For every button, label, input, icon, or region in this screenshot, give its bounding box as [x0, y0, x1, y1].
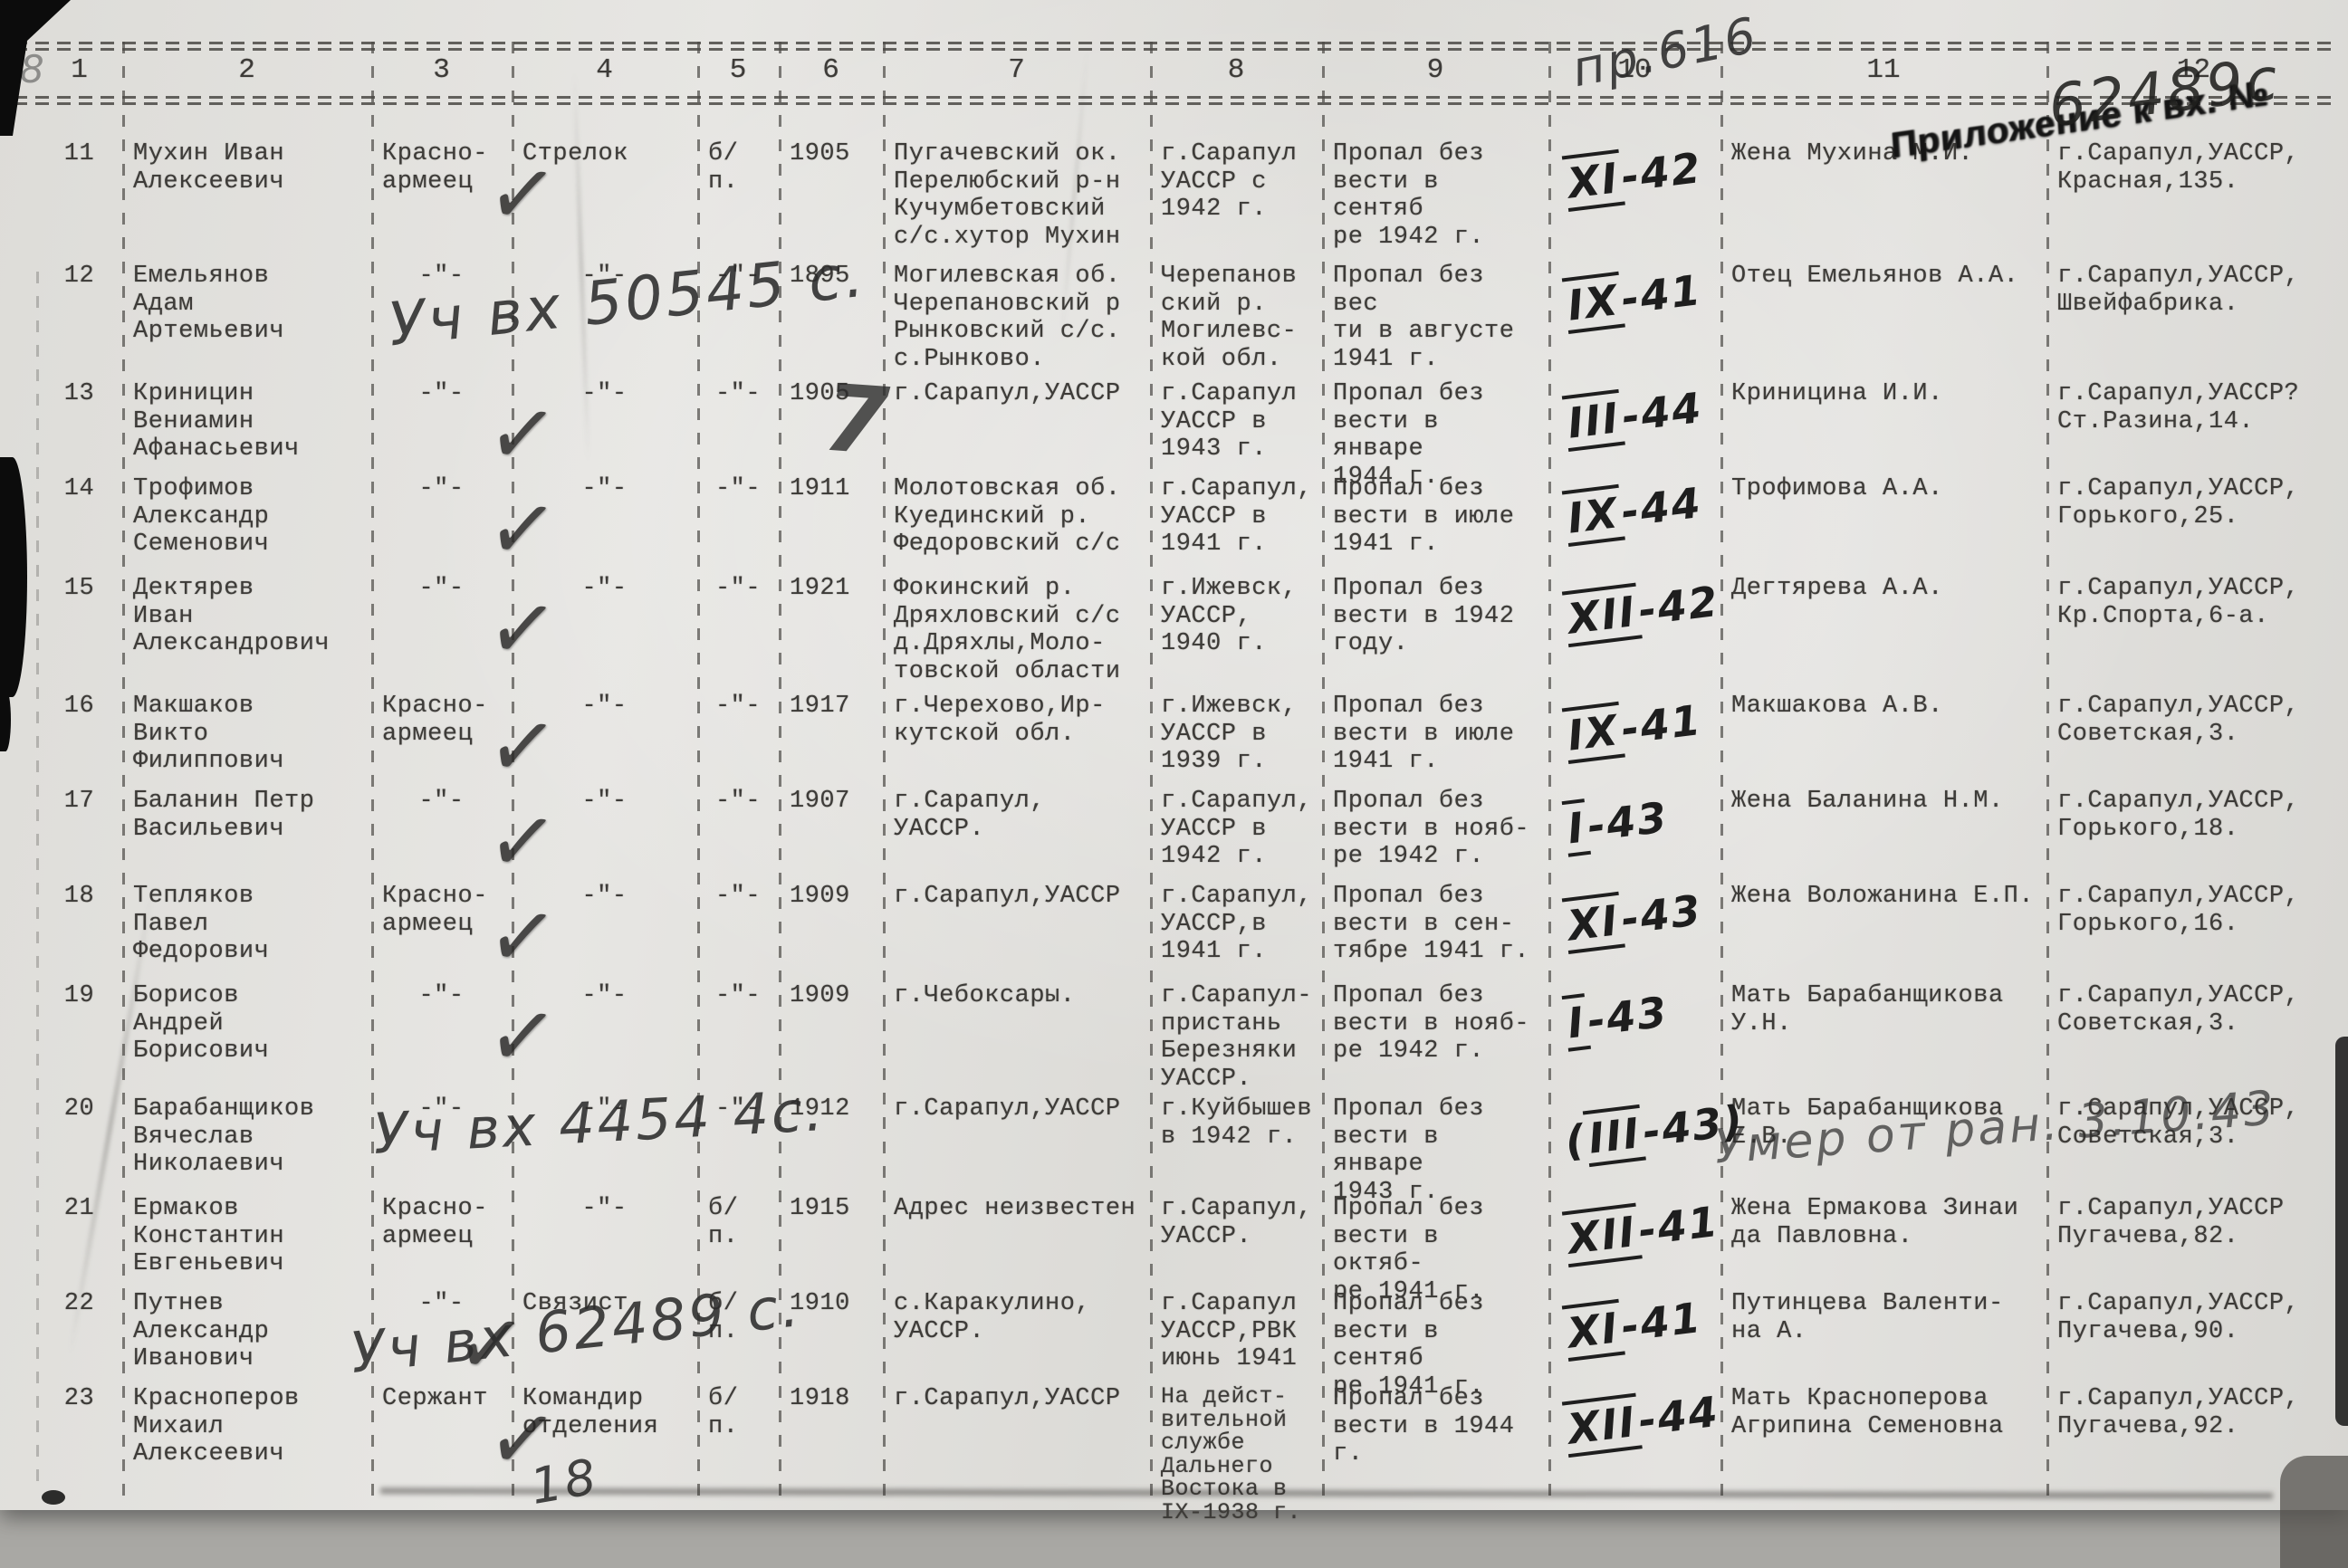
column-header: 2: [122, 54, 371, 86]
cell-no: 19: [47, 982, 111, 1010]
cell-birthplace: г.Сарапул,УАССР: [894, 1095, 1139, 1123]
table-column-rule: [1150, 42, 1153, 1496]
cell-address: г.Сарапул,УАССР, Пугачева,90.: [2057, 1290, 2330, 1345]
handwritten-digit: 7: [820, 365, 895, 477]
cell-born: 1910: [790, 1290, 872, 1318]
scan-artifact: [0, 688, 11, 751]
cell-birthplace: Молотовская об. Куединский р. Федоровски…: [894, 475, 1139, 559]
table-column-rule: [1720, 42, 1723, 1496]
cell-drafted: г.Ижевск, УАССР, 1940 г.: [1161, 575, 1311, 658]
handwritten-note: Уч вх 4454 4с.: [371, 1077, 827, 1167]
cell-name: Путнев Александр Иванович: [133, 1290, 360, 1373]
table-column-rule: [36, 272, 39, 1494]
cell-birthplace: с.Каракулино, УАССР.: [894, 1290, 1139, 1345]
cell-drafted: г.Сарапул, УАССР,в 1941 г.: [1161, 883, 1311, 966]
cell-no: 14: [47, 475, 111, 503]
date-mark: XI-42: [1562, 143, 1704, 208]
cell-name: Трофимов Александр Семенович: [133, 475, 360, 559]
cell-party: -"-: [708, 380, 768, 408]
cell-party: -"-: [708, 883, 768, 911]
cell-name: Барабанщиков Вячеслав Николаевич: [133, 1095, 360, 1179]
column-header: 7: [883, 54, 1150, 86]
table-header-rule-bottom: [14, 96, 2334, 106]
column-header: 4: [512, 54, 697, 86]
cell-no: 18: [47, 883, 111, 911]
cell-drafted: г.Сарапул УАССР с 1942 г.: [1161, 140, 1311, 224]
scanned-document: 123456789101112 11Мухин Иван АлексеевичК…: [0, 0, 2348, 1568]
cell-rank: -"-: [382, 982, 501, 1010]
table-column-rule: [2046, 42, 2049, 1496]
cell-relative: Трофимова А.А.: [1731, 475, 2036, 503]
cell-drafted: г.Сарапул УАССР,РВК июнь 1941: [1161, 1290, 1311, 1373]
cell-name: Борисов Андрей Борисович: [133, 982, 360, 1066]
cell-address: г.Сарапул,УАССР, Швейфабрика.: [2057, 263, 2330, 318]
date-mark: III-44: [1562, 383, 1705, 448]
cell-relative: Криницина И.И.: [1731, 380, 2036, 408]
cell-rank: Красно- армеец: [382, 140, 501, 196]
cell-fate: Пропал без вести в январе 1943 г.: [1333, 1095, 1538, 1206]
date-mark: XII-44: [1562, 1387, 1721, 1454]
cell-address: г.Сарапул,УАССР, Горького,16.: [2057, 883, 2330, 938]
cell-birthplace: г.Сарапул,УАССР: [894, 883, 1139, 911]
roman-month: IX: [1562, 702, 1625, 764]
cell-address: г.Сарапул,УАССР Пугачева,82.: [2057, 1195, 2330, 1250]
roman-month: XI: [1562, 149, 1625, 212]
cell-no: 13: [47, 380, 111, 408]
cell-name: Емельянов Адам Артемьевич: [133, 263, 360, 346]
cell-no: 17: [47, 788, 111, 816]
handwritten-digit: 18: [526, 1448, 603, 1515]
cell-fate: Пропал без вести в сен- тябре 1941 г.: [1333, 883, 1538, 966]
cell-fate: Пропал без вести в июле 1941 г.: [1333, 475, 1538, 559]
cell-birthplace: Могилевская об. Черепановский р Рынковск…: [894, 263, 1139, 373]
table-column-rule: [371, 42, 374, 1496]
cell-relative: Отец Емельянов А.А.: [1731, 263, 2036, 291]
cell-party: -"-: [708, 788, 768, 816]
cell-relative: Мать Красноперова Агрипина Семеновна: [1731, 1385, 2036, 1440]
roman-month: III: [1583, 1104, 1646, 1167]
cell-address: г.Сарапул,УАССР, Кр.Спорта,6-а.: [2057, 575, 2330, 630]
roman-month: XII: [1562, 1203, 1643, 1267]
cell-address: г.Сарапул,УАССР, Советская,3.: [2057, 982, 2330, 1037]
date-mark: IX-41: [1562, 695, 1704, 760]
cell-relative: Жена Баланина Н.М.: [1731, 788, 2036, 816]
table-header-rule-top: [14, 42, 2334, 52]
cell-rank: Красно- армеец: [382, 883, 501, 938]
cell-born: 1907: [790, 788, 872, 816]
cell-born: 1917: [790, 693, 872, 721]
cell-birthplace: Фокинский р. Дряхловский с/с д.Дряхлы,Мо…: [894, 575, 1139, 685]
roman-month: III: [1562, 389, 1625, 452]
cell-fate: Пропал без вести в нояб- ре 1942 г.: [1333, 982, 1538, 1066]
roman-month: I: [1562, 993, 1591, 1052]
scan-artifact: [42, 1490, 65, 1505]
cell-rank: Сержант: [382, 1385, 501, 1413]
date-mark: XI-41: [1562, 1293, 1704, 1358]
cell-born: 1909: [790, 883, 872, 911]
cell-drafted: г.Ижевск, УАССР в 1939 г.: [1161, 693, 1311, 776]
date-mark: XII-41: [1562, 1197, 1721, 1264]
cell-born: 1909: [790, 982, 872, 1010]
cell-relative: Жена Ермакова Зинаи да Павловна.: [1731, 1195, 2036, 1250]
cell-fate: Пропал без вести в сентяб ре 1942 г.: [1333, 140, 1538, 251]
cell-address: г.Сарапул,УАССР, Горького,25.: [2057, 475, 2330, 531]
cell-no: 11: [47, 140, 111, 168]
column-header: 9: [1322, 54, 1548, 86]
cell-party: -"-: [708, 475, 768, 503]
cell-name: Красноперов Михаил Алексеевич: [133, 1385, 360, 1468]
cell-fate: Пропал без вести в июле 1941 г.: [1333, 693, 1538, 776]
column-header: 6: [779, 54, 883, 86]
paper-fold-shadow: [380, 1487, 2273, 1498]
cell-drafted: г.Сарапул- пристань Березняки УАССР.: [1161, 982, 1311, 1093]
cell-drafted: На дейст- вительной службе Дальнего Вост…: [1161, 1385, 1311, 1524]
table-column-rule: [122, 42, 125, 1496]
column-header: 11: [1720, 54, 2046, 86]
column-header: 1: [36, 54, 122, 86]
cell-drafted: г.Сарапул УАССР в 1943 г.: [1161, 380, 1311, 464]
cell-name: Криницин Вениамин Афанасьевич: [133, 380, 360, 464]
cell-relative: Жена Воложанина Е.П.: [1731, 883, 2036, 911]
cell-party: б/п.: [708, 140, 768, 196]
cell-no: 22: [47, 1290, 111, 1318]
cell-name: Ермаков Константин Евгеньевич: [133, 1195, 360, 1278]
cell-drafted: г.Сарапул, УАССР в 1941 г.: [1161, 475, 1311, 559]
date-mark: XI-43: [1562, 885, 1704, 951]
cell-address: г.Сарапул,УАССР, Советская,3.: [2057, 693, 2330, 748]
cell-birthplace: г.Сарапул,УАССР: [894, 380, 1139, 408]
cell-position: -"-: [522, 1195, 686, 1223]
cell-party: б/п.: [708, 1195, 768, 1250]
handwritten-note: Уч вх 50545 с.: [385, 241, 868, 360]
cell-birthplace: Пугачевский ок. Перелюбский р-н Кучумбет…: [894, 140, 1139, 251]
cell-fate: Пропал без вести в сентяб ре 1941 г.: [1333, 1290, 1538, 1401]
cell-rank: -"-: [382, 575, 501, 603]
cell-birthplace: г.Черехово,Ир- кутской обл.: [894, 693, 1139, 748]
cell-relative: Путинцева Валенти- на А.: [1731, 1290, 2036, 1345]
cell-rank: -"-: [382, 475, 501, 503]
cell-drafted: г.Куйбышев в 1942 г.: [1161, 1095, 1311, 1151]
cell-rank: Красно- армеец: [382, 693, 501, 748]
roman-month: XI: [1562, 892, 1625, 954]
table-column-rule: [1322, 42, 1325, 1496]
cell-birthplace: г.Чебоксары.: [894, 982, 1139, 1010]
cell-birthplace: г.Сарапул, УАССР.: [894, 788, 1139, 843]
cell-party: б/п.: [708, 1385, 768, 1440]
cell-no: 21: [47, 1195, 111, 1223]
cell-birthplace: г.Сарапул,УАССР: [894, 1385, 1139, 1413]
column-header: 3: [371, 54, 512, 86]
cell-rank: Красно- армеец: [382, 1195, 501, 1250]
date-mark: IX-41: [1562, 265, 1704, 330]
cell-name: Мухин Иван Алексеевич: [133, 140, 360, 196]
cell-no: 15: [47, 575, 111, 603]
date-mark: I-43: [1562, 987, 1671, 1048]
cell-fate: Пропал без вести в январе 1944 г.: [1333, 380, 1538, 491]
cell-fate: Пропал без вести в октяб- ре 1941 г.: [1333, 1195, 1538, 1305]
cell-fate: Пропал без вести в нояб- ре 1942 г.: [1333, 788, 1538, 871]
cell-name: Тепляков Павел Федорович: [133, 883, 360, 966]
roman-month: IX: [1562, 484, 1625, 547]
cell-drafted: Черепанов ский р. Могилевс- кой обл.: [1161, 263, 1311, 373]
table-column-rule: [1548, 42, 1551, 1496]
cell-relative: Макшакова А.В.: [1731, 693, 2036, 721]
cell-party: -"-: [708, 982, 768, 1010]
cell-name: Дектярев Иван Александрович: [133, 575, 360, 658]
table-column-rule: [883, 42, 886, 1496]
cell-relative: Дегтярева А.А.: [1731, 575, 2036, 603]
date-mark: IX-44: [1562, 478, 1704, 543]
cell-name: Макшаков Викто Филиппович: [133, 693, 360, 776]
cell-born: 1905: [790, 140, 872, 168]
cell-address: г.Сарапул,УАССР? Ст.Разина,14.: [2057, 380, 2330, 435]
cell-address: г.Сарапул,УАССР, Горького,18.: [2057, 788, 2330, 843]
date-mark: XII-42: [1562, 577, 1721, 644]
cell-born: 1921: [790, 575, 872, 603]
roman-month: I: [1562, 798, 1591, 857]
cell-party: -"-: [708, 575, 768, 603]
cell-rank: -"-: [382, 380, 501, 408]
cell-fate: Пропал без вести в 1942 году.: [1333, 575, 1538, 658]
roman-month: IX: [1562, 272, 1625, 334]
roman-month: XII: [1562, 1393, 1643, 1458]
cell-born: 1918: [790, 1385, 872, 1413]
scan-artifact: [2280, 1456, 2348, 1568]
scan-artifact: [2335, 1037, 2348, 1426]
cell-fate: Пропал без вес ти в августе 1941 г.: [1333, 263, 1538, 373]
cell-no: 16: [47, 693, 111, 721]
roman-month: XI: [1562, 1299, 1625, 1362]
cell-drafted: г.Сарапул, УАССР.: [1161, 1195, 1311, 1250]
roman-month: XII: [1562, 583, 1643, 647]
cell-relative: Мать Барабанщикова У.Н.: [1731, 982, 2036, 1037]
cell-party: -"-: [708, 693, 768, 721]
cell-rank: -"-: [382, 788, 501, 816]
cell-fate: Пропал без вести в 1944 г.: [1333, 1385, 1538, 1468]
column-header: 8: [1150, 54, 1322, 86]
cell-no: 23: [47, 1385, 111, 1413]
cell-born: 1915: [790, 1195, 872, 1223]
cell-no: 20: [47, 1095, 111, 1123]
document-page: 123456789101112 11Мухин Иван АлексеевичК…: [0, 0, 2348, 1510]
cell-drafted: г.Сарапул, УАССР в 1942 г.: [1161, 788, 1311, 871]
cell-address: г.Сарапул,УАССР, Красная,135.: [2057, 140, 2330, 196]
date-mark: I-43: [1562, 792, 1671, 854]
cell-no: 12: [47, 263, 111, 291]
cell-born: 1911: [790, 475, 872, 503]
cell-birthplace: Адрес неизвестен: [894, 1195, 1139, 1223]
cell-address: г.Сарапул,УАССР, Пугачева,92.: [2057, 1385, 2330, 1440]
column-header: 5: [697, 54, 779, 86]
cell-name: Баланин Петр Васильевич: [133, 788, 360, 843]
